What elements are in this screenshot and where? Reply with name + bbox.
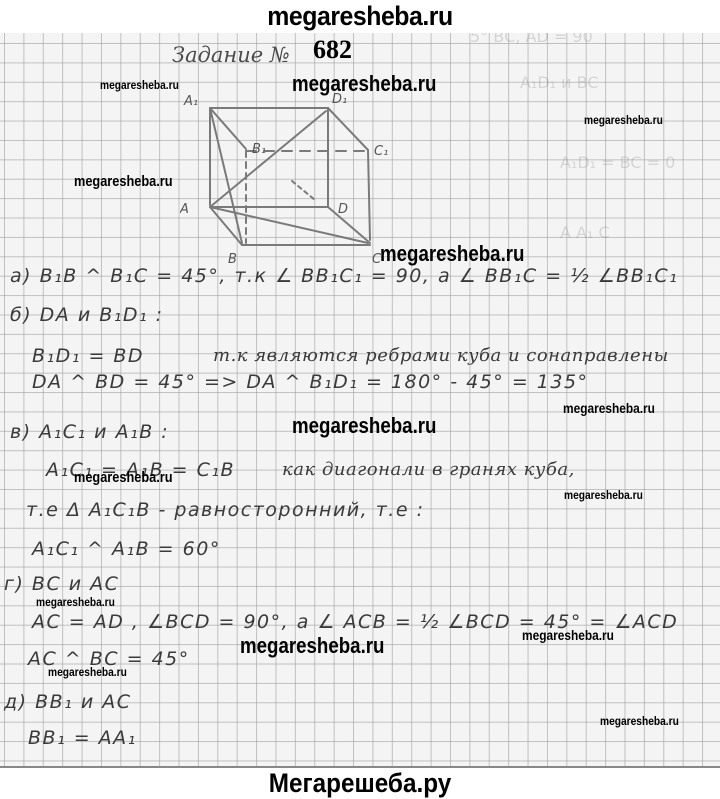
solution-d-head: д) BB₁ и AC [4, 691, 131, 713]
watermark[interactable]: megaresheba.ru [74, 173, 173, 190]
show-through-text: A₁D₁ и BC [520, 73, 599, 92]
watermark[interactable]: megaresheba.ru [292, 71, 436, 97]
watermark[interactable]: megaresheba.ru [74, 469, 173, 486]
solution-d-line1: BB₁ = AA₁ [28, 727, 137, 749]
show-through-text: A A₁ C [560, 223, 610, 242]
solution-v-head: в) A₁C₁ и A₁B : [10, 421, 169, 443]
svg-text:C₁: C₁ [374, 144, 388, 159]
task-number: 682 [313, 35, 352, 65]
solution-b-head: б) DA и B₁D₁ : [10, 304, 164, 326]
cube-diagram: A₁ D₁ B₁ C₁ A D B C [180, 85, 400, 295]
solution-b-reason: т.к являются ребрами куба и сонаправлены [213, 345, 669, 366]
svg-text:D: D [338, 202, 348, 217]
solution-v-line3: A₁C₁ ^ A₁B = 60° [32, 538, 221, 560]
show-through-text: 5° ВС, АD = 90 [470, 33, 593, 46]
watermark[interactable]: megaresheba.ru [240, 633, 384, 659]
watermark[interactable]: megaresheba.ru [100, 78, 179, 92]
watermark[interactable]: megaresheba.ru [563, 400, 655, 416]
solution-g-head: г) BC и AC [4, 573, 119, 595]
solution-b-line2: DA ^ BD = 45° => DA ^ B₁D₁ = 180° - 45° … [32, 371, 589, 393]
watermark[interactable]: megaresheba.ru [292, 413, 436, 439]
solution-v-reason: как диагонали в гранях куба, [282, 459, 575, 480]
solution-a-line1: а) B₁B ^ B₁C = 45°, т.к ∠ BB₁C₁ = 90, а … [10, 265, 678, 287]
watermark[interactable]: megaresheba.ru [564, 488, 643, 502]
watermark[interactable]: megaresheba.ru [584, 113, 663, 127]
svg-text:A₁: A₁ [183, 94, 198, 109]
watermark[interactable]: megaresheba.ru [600, 714, 679, 728]
svg-text:B₁: B₁ [252, 142, 266, 157]
watermark[interactable]: megaresheba.ru [48, 665, 127, 679]
solution-v-line2: т.е Δ A₁C₁B - равносторонний, т.е : [26, 499, 424, 521]
watermark[interactable]: megaresheba.ru [380, 241, 524, 267]
notebook-page: 5° ВС, АD = 90 A₁D₁ и BC A₁D₁ = BC = 0 A… [0, 33, 720, 768]
svg-text:A: A [180, 202, 189, 217]
watermark[interactable]: megaresheba.ru [36, 595, 115, 609]
site-header[interactable]: megaresheba.ru [29, 0, 691, 33]
site-footer[interactable]: Мегарешеба.ру [36, 768, 684, 799]
show-through-text: A₁D₁ = BC = 0 [560, 153, 675, 172]
watermark[interactable]: megaresheba.ru [522, 627, 614, 643]
task-title: Задание № [172, 43, 290, 67]
solution-b-line1: B₁D₁ = BD [32, 345, 144, 367]
